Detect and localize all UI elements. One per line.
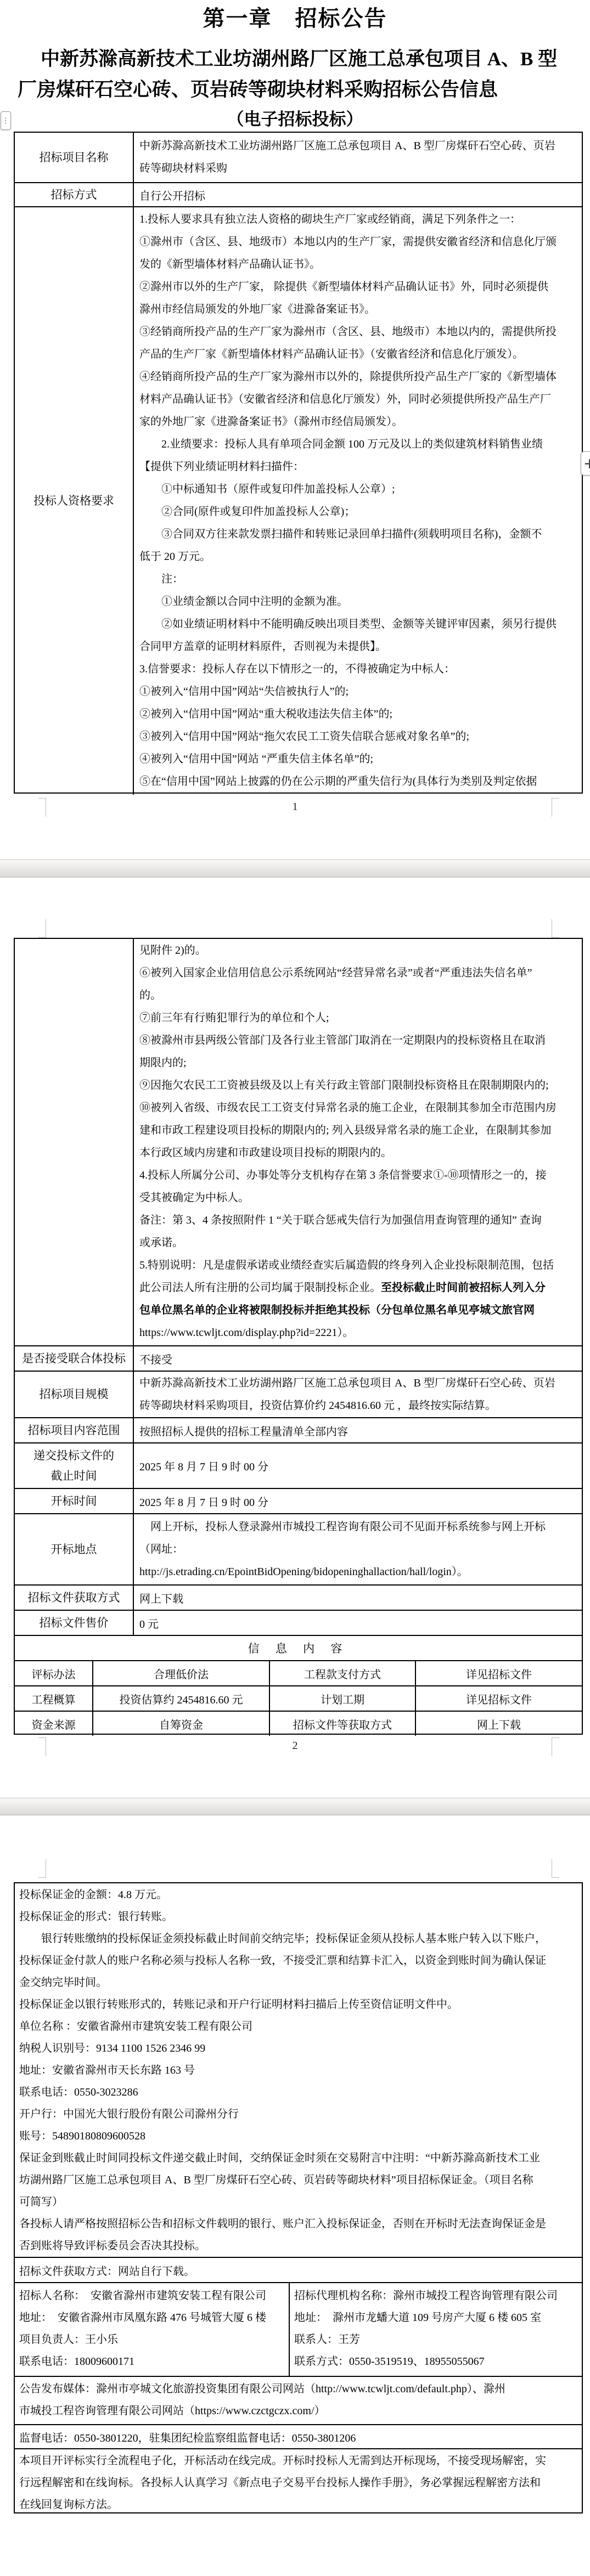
text-line: 地址： 安徽省滁州市凤凰东路 476 号城管大厦 6 楼 bbox=[19, 2307, 284, 2329]
row-opening-time: 开标时间 2025 年 8 月 7 日 9 时 00 分 bbox=[15, 1488, 582, 1513]
value-bid-method: 自行公开招标 bbox=[134, 183, 582, 206]
text-line: 市城投工程咨询管理有限公司网站（https://www.czctgczx.com… bbox=[19, 2400, 577, 2422]
text-line: 滁州市经信局颁发的外地厂家《进滁备案证书》。 bbox=[139, 298, 576, 321]
text-line: 本行政区域内房建和市政建设项目投标的期限内的。 bbox=[139, 1142, 576, 1164]
text-line: 此公司法人所有注册的公司均属于限制投标企业。至投标截止时间前被招标人列入分 bbox=[139, 1277, 576, 1299]
text-line: 否到账将导致评标委员会否决其投标。 bbox=[19, 2235, 577, 2257]
agency-contact-cell: 招标代理机构名称：滁州市城投工程咨询管理有限公司地址： 滁州市龙蟠大道 109 … bbox=[290, 2283, 582, 2376]
text-line: 发的《新型墙体材料产品确认证书》。 bbox=[139, 253, 576, 276]
row-project-scale: 招标项目规模 中新苏滁高新技术工业坊湖州路厂区施工总承包项目 A、B 型厂房煤矸… bbox=[15, 1371, 582, 1417]
doc-download-line: 招标文件获取方式：网站自行下载。 bbox=[19, 2262, 195, 2278]
text-line: 网上开标，投标人登录滁州市城投工程咨询有限公司不见面开标系统参与网上开标 bbox=[139, 1516, 576, 1538]
project-scope-text: 按照招标人提供的招标工程量清单全部内容 bbox=[139, 1423, 348, 1439]
row-doc-obtain: 招标文件获取方式 网上下载 bbox=[15, 1584, 582, 1610]
bid-bond-details: 投标保证金的金额：4.8 万元。投标保证金的形式：银行转账。 银行转账缴纳的投标… bbox=[15, 1883, 582, 2257]
label-bid-method: 招标方式 bbox=[15, 183, 134, 206]
text-line: 5.特别说明：凡是虚假承诺或业绩经查实后属造假的终身列入企业投标限制范围，包括 bbox=[139, 1254, 576, 1277]
label-opening-place: 开标地点 bbox=[15, 1514, 134, 1584]
grid-value-fund-source: 自筹资金 bbox=[93, 1712, 270, 1736]
text-line: 中新苏滁高新技术工业坊湖州路厂区施工总承包项目 A、B 型厂房煤矸石空心砖、页岩 bbox=[139, 1372, 576, 1395]
value-project-scale: 中新苏滁高新技术工业坊湖州路厂区施工总承包项目 A、B 型厂房煤矸石空心砖、页岩… bbox=[134, 1372, 582, 1417]
subtitle-e-bidding: （电子招标投标） bbox=[0, 105, 590, 130]
text-line: 可简写） bbox=[19, 2191, 577, 2213]
text-line: 见附件 2)的。 bbox=[139, 939, 576, 962]
page-separator bbox=[0, 859, 590, 877]
label-project-scope: 招标项目内容范围 bbox=[15, 1418, 134, 1442]
label-submission-deadline: 递交投标文件的 截止时间 bbox=[15, 1443, 134, 1488]
text-line: 投标保证金的金额：4.8 万元。 bbox=[19, 1884, 577, 1906]
text-line: ②被列入“信用中国”网站“重大税收违法失信主体”的; bbox=[139, 703, 576, 726]
grid-label-schedule: 计划工期 bbox=[270, 1686, 416, 1711]
text-line: 保证金到账截止时间同投标文件递交截止时间，交纳保证金时须在交易附言中注明：“中新… bbox=[19, 2147, 577, 2169]
text-line: 招标人名称： 安徽省滁州市建筑安装工程有限公司 bbox=[19, 2285, 284, 2307]
margin-mark bbox=[38, 1859, 46, 1878]
blacklist-url-line: https://www.tcwljt.com/display.php?id=22… bbox=[139, 1322, 576, 1344]
text-line: 的。 bbox=[139, 984, 576, 1007]
text-line: 材料产品确认证书》（安徽省经济和信息化厅颁发）外，同时必须提供所投产品生产厂 bbox=[139, 388, 576, 411]
grid-label-budget: 工程概算 bbox=[15, 1686, 93, 1711]
row-info-header: 信 息 内 容 bbox=[15, 1635, 582, 1660]
text-line: 注： bbox=[139, 568, 576, 591]
row-doc-price: 招标文件售价 0 元 bbox=[15, 1610, 582, 1635]
text-line: 项目负责人：王小乐 bbox=[19, 2329, 284, 2351]
text-line: 联系电话：0550-3023286 bbox=[19, 2081, 577, 2103]
value-submission-deadline: 2025 年 8 月 7 日 9 时 00 分 bbox=[134, 1443, 582, 1488]
blacklist-bold-line: 包单位黑名单的企业将被限制投标并拒绝其投标（分包单位黑名单见亭城文旅官网 bbox=[139, 1299, 576, 1322]
announcement-table-page2: 见附件 2)的。⑥被列入国家企业信用信息公示系统网站“经营异常名录”或者“严重违… bbox=[14, 938, 583, 1735]
doc-price-text: 0 元 bbox=[139, 1615, 159, 1631]
text-line: ④被列入“信用中国”网站 “严重失信主体名单”的; bbox=[139, 748, 576, 771]
row-qualification: 投标人资格要求 1.投标人要求具有独立法人资格的砌块生产厂家或经销商，满足下列条… bbox=[15, 206, 582, 795]
continuation-lines: 见附件 2)的。⑥被列入国家企业信用信息公示系统网站“经营异常名录”或者“严重违… bbox=[139, 939, 576, 1277]
text-line: ②合同(原件或复印件加盖投标人公章)； bbox=[139, 501, 576, 523]
bid-bond-table-page3: 投标保证金的金额：4.8 万元。投标保证金的形式：银行转账。 银行转账缴纳的投标… bbox=[14, 1882, 583, 2513]
row-project-name: 招标项目名称 中新苏滁高新技术工业坊湖州路厂区施工总承包项目 A、B 型厂房煤矸… bbox=[15, 133, 582, 182]
row-opening-place: 开标地点 网上开标，投标人登录滁州市城投工程咨询有限公司不见面开标系统参与网上开… bbox=[15, 1513, 582, 1584]
e-process-note-cell: 本项目开评标实行全流程电子化，开标活动在线完成。开标时投标人无需到达开标现场，不… bbox=[15, 2449, 582, 2515]
text-line: 投标保证金以银行转账形式的，转账记录和开户行证明材料扫描后上传至资信证明文件中。 bbox=[19, 1994, 577, 2015]
label-joint-venture: 是否接受联合体投标 bbox=[15, 1346, 134, 1371]
page-number-1: 1 bbox=[0, 801, 590, 813]
value-project-name: 中新苏滁高新技术工业坊湖州路厂区施工总承包项目 A、B 型厂房煤矸石空心砖、页岩… bbox=[134, 133, 582, 182]
text-line: 投标保证金的形式：银行转账。 bbox=[19, 1906, 577, 1928]
grid-label-fund-source: 资金来源 bbox=[15, 1712, 93, 1736]
text-line: ③被列入“信用中国”网站“拖欠农民工工资失信联合惩戒对象名单”的; bbox=[139, 726, 576, 748]
text-line: 砖等砌块材料采购 bbox=[139, 157, 576, 180]
announcement-table-page1: 招标项目名称 中新苏滁高新技术工业坊湖州路厂区施工总承包项目 A、B 型厂房煤矸… bbox=[14, 132, 583, 794]
text-line: ⑦前三年有行贿犯罪行为的单位和个人; bbox=[139, 1007, 576, 1029]
page-number-2: 2 bbox=[0, 1740, 590, 1752]
label-qualification: 投标人资格要求 bbox=[15, 207, 134, 795]
grid-label-payment-method: 工程款支付方式 bbox=[270, 1661, 416, 1685]
text-line: ③经销商所投产品的生产厂家为滁州市（含区、县、地级市）本地以内的，需提供所投 bbox=[139, 321, 576, 343]
text-line: （网址： bbox=[139, 1538, 576, 1561]
label-doc-obtain: 招标文件获取方式 bbox=[15, 1586, 134, 1610]
text-line: ④经销商所投产品的生产厂家为滁州市以外的，除提供所投产品生产厂家的《新型墙体 bbox=[139, 366, 576, 388]
tenderer-contact-cell: 招标人名称： 安徽省滁州市建筑安装工程有限公司地址： 安徽省滁州市凤凰东路 47… bbox=[15, 2283, 290, 2376]
text-line: 备注：第 3、4 条按照附件 1 “关于联合惩戒失信行为加强信用查询管理的通知”… bbox=[139, 1209, 576, 1232]
grid-value-budget: 投资估算约 2454816.60 元 bbox=[93, 1686, 270, 1711]
row-bid-bond: 投标保证金的金额：4.8 万元。投标保证金的形式：银行转账。 银行转账缴纳的投标… bbox=[15, 1883, 582, 2257]
text-line: ⑨因拖欠农民工工资被县级及以上有关行政主管部门限制投标资格且在限制期限内的; bbox=[139, 1074, 576, 1097]
page-separator bbox=[0, 1798, 590, 1815]
text-line: ③合同双方往来款发票扫描件和转账记录回单扫描件(须载明项目名称)，金额不 bbox=[139, 523, 576, 546]
joint-venture-text: 不接受 bbox=[139, 1351, 172, 1367]
text-line: 4.投标人所属分公司、办事处等分支机构存在第 3 条信誉要求①-⑩项情形之一的，… bbox=[139, 1164, 576, 1187]
supervision-phone-cell: 监督电话：0550-3801220，驻集团纪检监察组监督电话：0550-3801… bbox=[15, 2425, 582, 2448]
text-line: 建和市政工程建设项目投标的期限内的; 列入县级异常名录的施工企业，在限制其参加 bbox=[139, 1119, 576, 1142]
chapter-title: 第一章 招标公告 bbox=[0, 1, 590, 32]
text-line: ①滁州市（含区、县、地级市）本地以内的生产厂家，需提供安徽省经济和信息化厅颁 bbox=[139, 231, 576, 253]
text-line: ①中标通知书（原件或复印件加盖投标人公章）; bbox=[139, 478, 576, 501]
text-line: 地址：安徽省滁州市天长东路 163 号 bbox=[19, 2059, 577, 2081]
label-opening-time: 开标时间 bbox=[15, 1489, 134, 1513]
bid-method-text: 自行公开招标 bbox=[139, 187, 205, 203]
grid-value-doc-obtain2: 网上下载 bbox=[416, 1712, 582, 1736]
text-line: 2.业绩要求：投标人具有单项合同金额 100 万元及以上的类似建筑材料销售业绩 bbox=[139, 433, 576, 456]
text-line: 坊湖州路厂区施工总承包项目 A、B 型厂房煤矸石空心砖、页岩砖等砌块材料”项目招… bbox=[19, 2169, 577, 2191]
grid-label-eval-method: 评标办法 bbox=[15, 1661, 93, 1685]
text-line: ⑥被列入国家企业信用信息公示系统网站“经营异常名录”或者“严重违法失信名单” bbox=[139, 962, 576, 984]
grid-value-payment-method: 详见招标文件 bbox=[416, 1661, 582, 1685]
text-line: ①被列入“信用中国”网站“失信被执行人”的; bbox=[139, 681, 576, 703]
document-viewer: { "doc": { "chapter_title": "第一章 招标公告", … bbox=[0, 0, 590, 2576]
text-line: 行远程解密和在线询标。各投标人认真学习《新点电子交易平台投标人操作手册》，务必掌… bbox=[19, 2472, 577, 2494]
more-handle-button[interactable]: ⋮ bbox=[1, 111, 11, 130]
submission-deadline-text: 2025 年 8 月 7 日 9 时 00 分 bbox=[139, 1458, 268, 1474]
value-doc-price: 0 元 bbox=[134, 1611, 582, 1635]
label-project-scale: 招标项目规模 bbox=[15, 1372, 134, 1417]
value-doc-obtain: 网上下载 bbox=[134, 1586, 582, 1610]
text-line: ②滁州市以外的生产厂家， 除提供《新型墙体材料产品确认证书》外，同时必须提供 bbox=[139, 276, 576, 298]
text-line: 家的外地厂家《进滁备案证书》（滁州市经信局颁发）。 bbox=[139, 411, 576, 433]
text-line: 1.投标人要求具有独立法人资格的砌块生产厂家或经销商，满足下列条件之一： bbox=[139, 208, 576, 231]
text-line: 招标代理机构名称：滁州市城投工程咨询管理有限公司 bbox=[294, 2285, 577, 2307]
text-line: 3.信誉要求：投标人存在以下情形之一的，不得被确定为中标人： bbox=[139, 658, 576, 681]
text-line: http://js.etrading.cn/EpointBidOpening/b… bbox=[139, 1561, 576, 1583]
value-opening-place: 网上开标，投标人登录滁州市城投工程咨询有限公司不见面开标系统参与网上开标（网址：… bbox=[134, 1514, 582, 1584]
zoom-in-button[interactable]: + bbox=[581, 451, 590, 475]
row-project-budget: 工程概算 投资估算约 2454816.60 元 计划工期 详见招标文件 bbox=[15, 1685, 582, 1711]
project-subtitle: 中新苏滁高新技术工业坊湖州路厂区施工总承包项目 A、B 型厂房煤矸石空心砖、页岩… bbox=[18, 44, 572, 105]
text-line: ⑧被滁州市县两级公管部门及各行业主管部门取消在一定期限内的投标资格且在取消 bbox=[139, 1029, 576, 1052]
announcement-media-cell: 公告发布媒体：滁州市亭城文化旅游投资集团有限公司网站（http://www.tc… bbox=[15, 2377, 582, 2424]
text-line: 联系人：王芳 bbox=[294, 2329, 577, 2351]
text-line: 银行转账缴纳的投标保证金须投标截止时间前交纳完毕；投标保证金须从投标人基本账户转… bbox=[19, 1928, 577, 1950]
margin-mark bbox=[552, 1859, 559, 1878]
info-content-header: 信 息 内 容 bbox=[15, 1636, 582, 1660]
value-qualification: 1.投标人要求具有独立法人资格的砌块生产厂家或经销商，满足下列条件之一：①滁州市… bbox=[134, 207, 582, 795]
opening-time-text: 2025 年 8 月 7 日 9 时 00 分 bbox=[139, 1493, 268, 1509]
text-line: ⑩被列入省级、市级农民工工资支付异常名录的施工企业，在限制其参加全市范围内房 bbox=[139, 1097, 576, 1119]
row-e-process-note: 本项目开评标实行全流程电子化，开标活动在线完成。开标时投标人无需到达开标现场，不… bbox=[15, 2448, 582, 2515]
row-supervision: 监督电话：0550-3801220，驻集团纪检监察组监督电话：0550-3801… bbox=[15, 2424, 582, 2448]
row-media: 公告发布媒体：滁州市亭城文化旅游投资集团有限公司网站（http://www.tc… bbox=[15, 2376, 582, 2424]
text-line: ⑤在“信用中国”网站上披露的仍在公示期的严重失信行为(具体行为类别及判定依据 bbox=[139, 771, 576, 793]
text-line: 金交纳完毕时间。 bbox=[19, 1972, 577, 1994]
vertical-ellipsis-icon: ⋮ bbox=[2, 117, 9, 125]
grid-label-doc-obtain2: 招标文件等获取方式 bbox=[270, 1712, 416, 1736]
margin-mark bbox=[38, 919, 46, 938]
plus-icon: + bbox=[583, 455, 590, 472]
text-line: 账号：54890180809600528 bbox=[19, 2125, 577, 2147]
text-line: 合同甲方盖章的证明材料原件，否则视为未提供】。 bbox=[139, 636, 576, 658]
row-eval-method: 评标办法 合理低价法 工程款支付方式 详见招标文件 bbox=[15, 1660, 582, 1685]
value-qualification-continued: 见附件 2)的。⑥被列入国家企业信用信息公示系统网站“经营异常名录”或者“严重违… bbox=[134, 939, 582, 1345]
text-line: 产品的生产厂家《新型墙体材料产品确认证书》（安徽省经济和信息化厅颁发）。 bbox=[139, 343, 576, 366]
special-note-normal: 此公司法人所有注册的公司均属于限制投标企业。 bbox=[139, 1282, 381, 1294]
doc-obtain-text: 网上下载 bbox=[139, 1590, 183, 1606]
text-line: 在线回复询标方法。 bbox=[19, 2494, 577, 2516]
label-doc-price: 招标文件售价 bbox=[15, 1611, 134, 1635]
row-doc-download: 招标文件获取方式：网站自行下载。 bbox=[15, 2257, 582, 2282]
row-contacts: 招标人名称： 安徽省滁州市建筑安装工程有限公司地址： 安徽省滁州市凤凰东路 47… bbox=[15, 2282, 582, 2376]
text-line: 开户行：中国光大银行股份有限公司滁州分行 bbox=[19, 2103, 577, 2125]
text-line: 或承诺。 bbox=[139, 1232, 576, 1254]
value-opening-time: 2025 年 8 月 7 日 9 时 00 分 bbox=[134, 1489, 582, 1513]
text-line: 【提供下列业绩证明材料扫描件： bbox=[139, 456, 576, 478]
text-line: 期限内的; bbox=[139, 1052, 576, 1074]
row-bid-method: 招标方式 自行公开招标 bbox=[15, 182, 582, 206]
text-line: 中新苏滁高新技术工业坊湖州路厂区施工总承包项目 A、B 型厂房煤矸石空心砖、页岩 bbox=[139, 135, 576, 157]
value-project-scope: 按照招标人提供的招标工程量清单全部内容 bbox=[134, 1418, 582, 1442]
text-line: 砖等砌块材料采购项目，投资估算价约 2454816.60 元 ，最终按实际结算。 bbox=[139, 1395, 576, 1417]
row-fund-source: 资金来源 自筹资金 招标文件等获取方式 网上下载 bbox=[15, 1711, 582, 1736]
label-empty-continuation bbox=[15, 939, 134, 1345]
label-project-name: 招标项目名称 bbox=[15, 133, 134, 182]
margin-mark bbox=[552, 919, 559, 938]
row-project-scope: 招标项目内容范围 按照招标人提供的招标工程量清单全部内容 bbox=[15, 1417, 582, 1442]
grid-value-schedule: 详见招标文件 bbox=[416, 1686, 582, 1711]
text-line: 各投标人请严格按照招标公告和招标文件载明的银行、账户汇入投标保证金，否则在开标时… bbox=[19, 2213, 577, 2235]
doc-download-text: 招标文件获取方式：网站自行下载。 bbox=[15, 2258, 582, 2282]
row-qualification-continued: 见附件 2)的。⑥被列入国家企业信用信息公示系统网站“经营异常名录”或者“严重违… bbox=[15, 939, 582, 1345]
deadline-label-line1: 递交投标文件的 bbox=[33, 1446, 114, 1466]
text-line: 投标保证金付款人的账户名称必须与投标人名称一致，不接受汇票和结算卡汇入，以资金到… bbox=[19, 1950, 577, 1972]
value-joint-venture: 不接受 bbox=[134, 1346, 582, 1371]
text-line: 公告发布媒体：滁州市亭城文化旅游投资集团有限公司网站（http://www.tc… bbox=[19, 2378, 577, 2400]
text-line: 联系方式：0550-3519519、18955055067 bbox=[294, 2351, 577, 2373]
text-line: ②如业绩证明材料中不能明确反映出项目类型、金额等关键评审因素，须另行提供 bbox=[139, 613, 576, 636]
supervision-phone-text: 监督电话：0550-3801220，驻集团纪检监察组监督电话：0550-3801… bbox=[19, 2429, 356, 2445]
deadline-label-line2: 截止时间 bbox=[51, 1466, 97, 1486]
row-submission-deadline: 递交投标文件的 截止时间 2025 年 8 月 7 日 9 时 00 分 bbox=[15, 1442, 582, 1488]
text-line: 本项目开评标实行全流程电子化，开标活动在线完成。开标时投标人无需到达开标现场，不… bbox=[19, 2450, 577, 2472]
text-line: 纳税人识别号：9134 1100 1526 2346 99 bbox=[19, 2037, 577, 2059]
text-line: 受其被确定为中标人。 bbox=[139, 1187, 576, 1209]
text-line: ①业绩金额以合同中注明的金额为准。 bbox=[139, 591, 576, 613]
text-line: 低于 20 万元。 bbox=[139, 546, 576, 568]
special-note-bold: 至投标截止时间前被招标人列入分 bbox=[381, 1282, 546, 1294]
text-line: 单位名称 ：安徽省滁州市建筑安装工程有限公司 bbox=[19, 2015, 577, 2037]
text-line: 联系电话：18009600171 bbox=[19, 2351, 284, 2373]
grid-value-eval-method: 合理低价法 bbox=[93, 1661, 270, 1685]
text-line: 地址： 滁州市龙蟠大道 109 号房产大厦 6 楼 605 室 bbox=[294, 2307, 577, 2329]
row-joint-venture: 是否接受联合体投标 不接受 bbox=[15, 1345, 582, 1371]
